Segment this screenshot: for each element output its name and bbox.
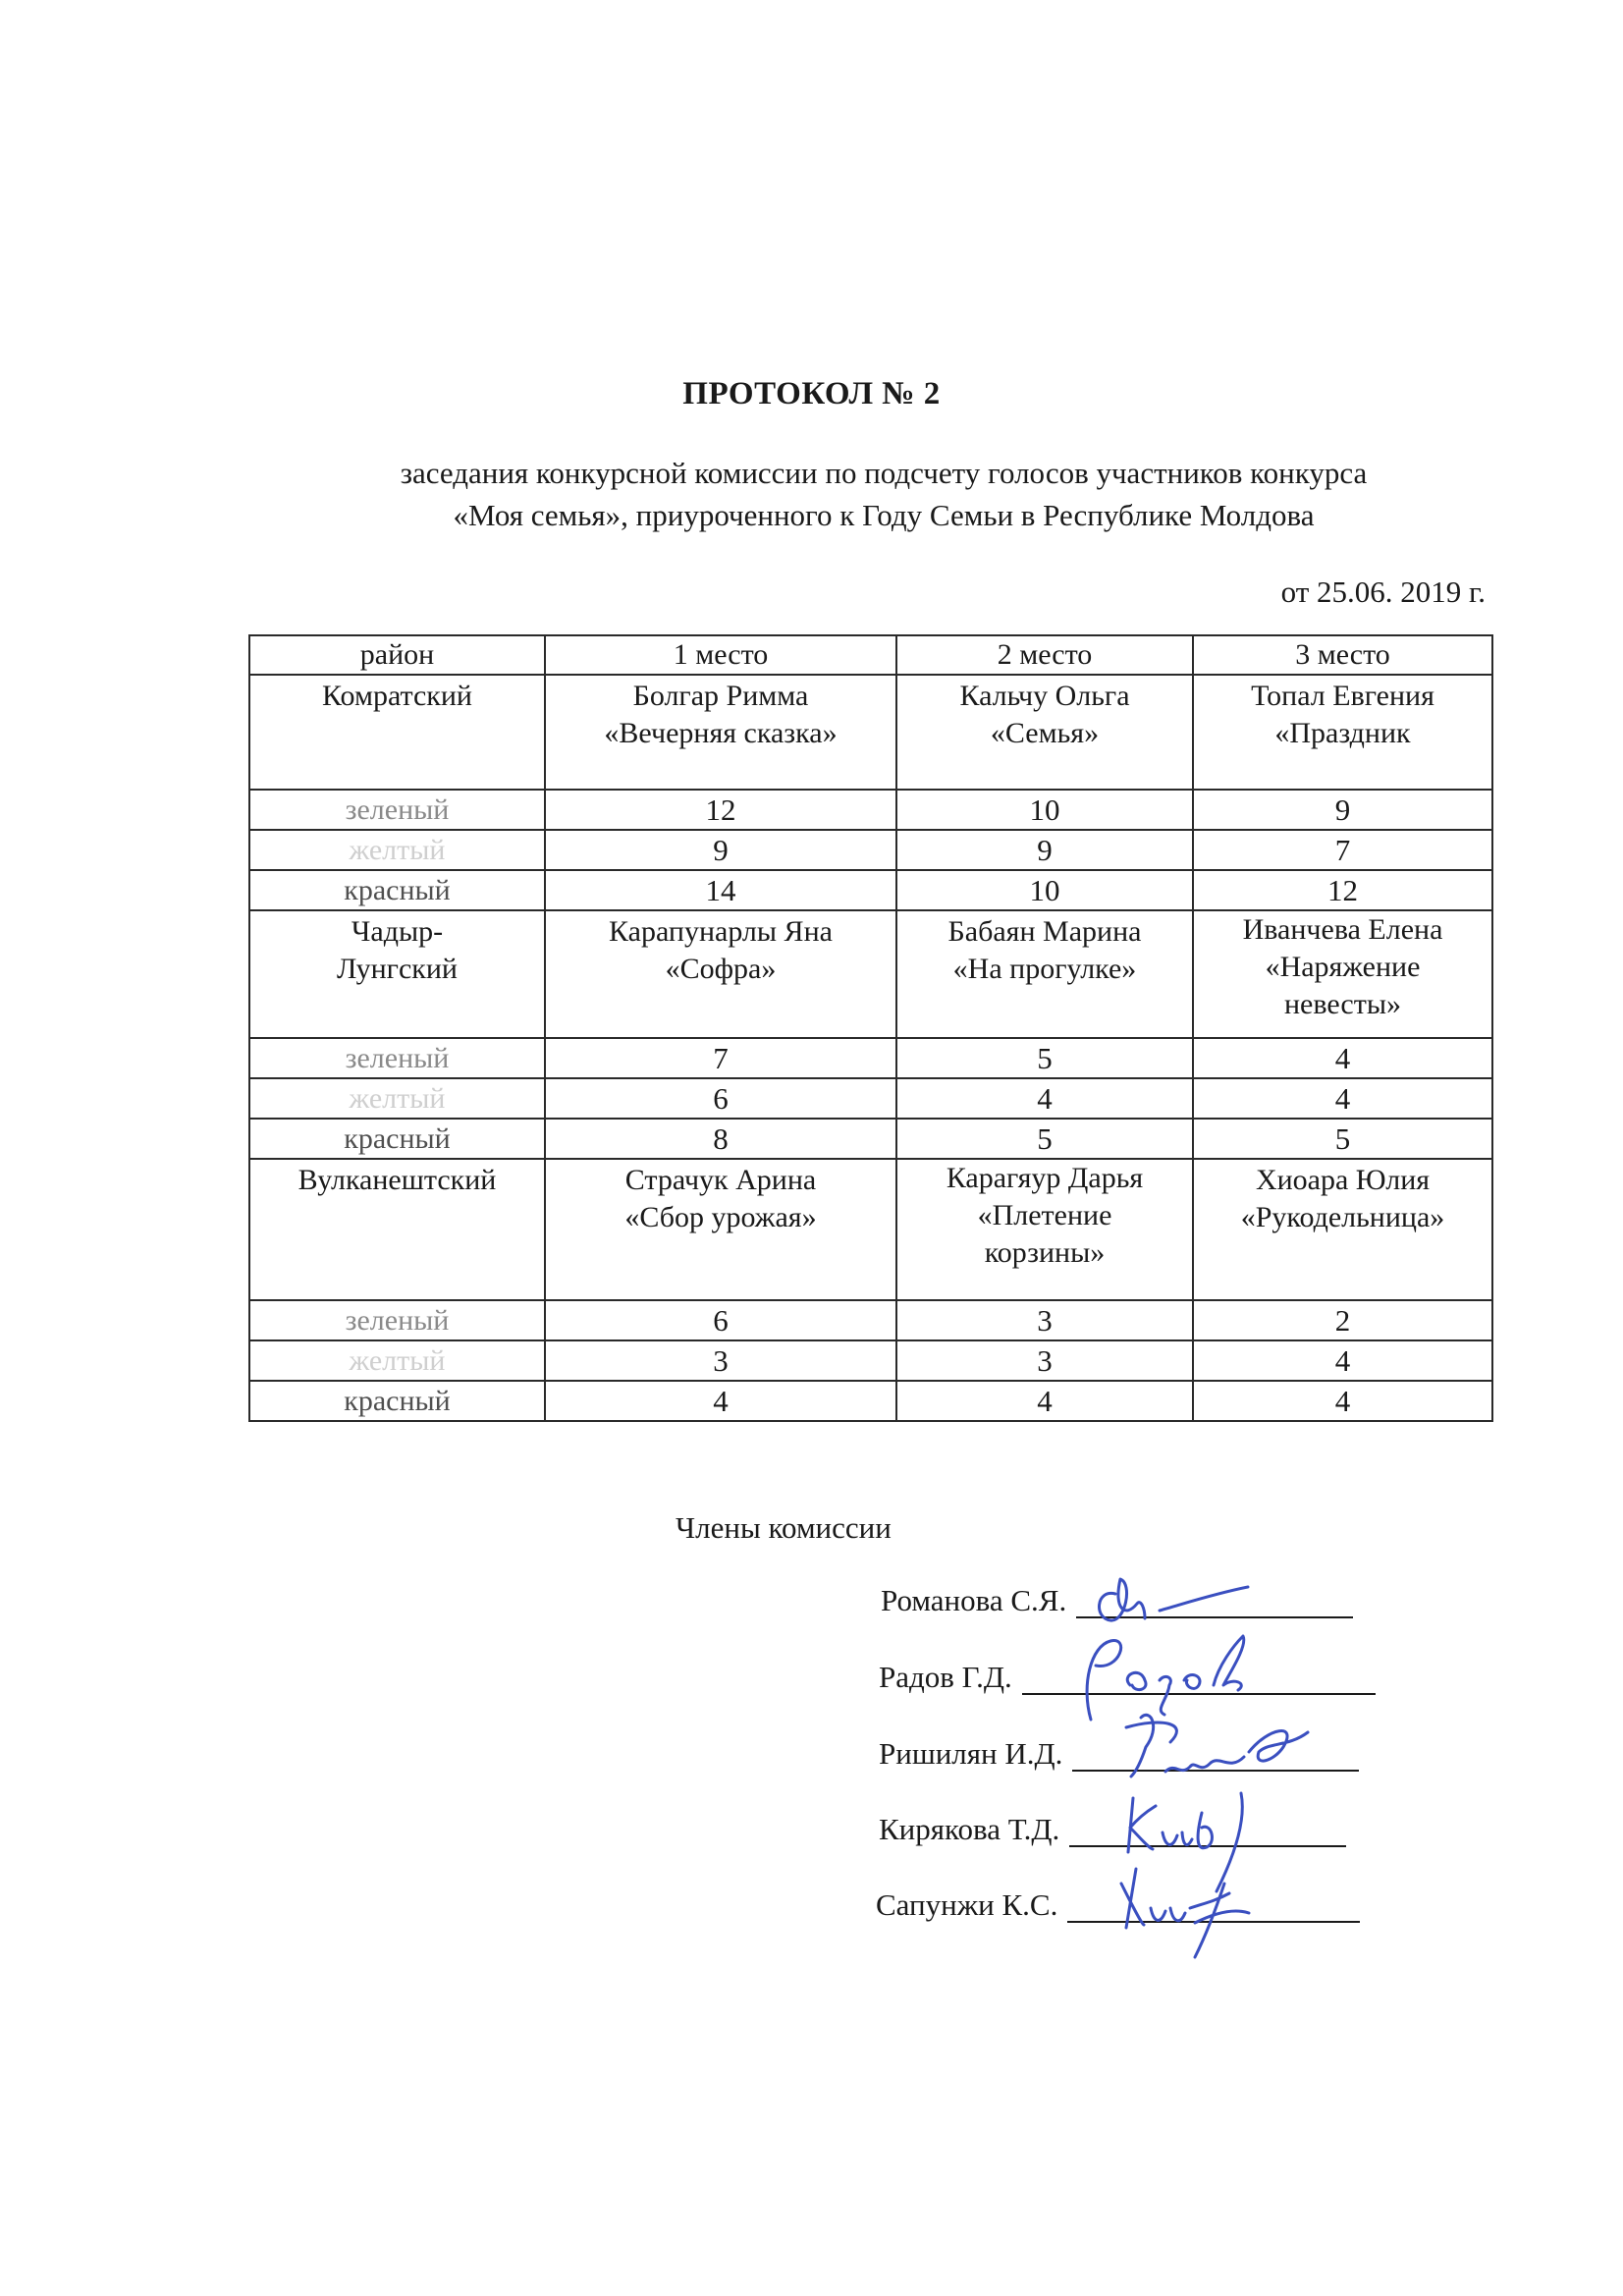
vote-count: 9 [1193, 790, 1492, 830]
votes-row-green: зеленый 7 5 4 [249, 1038, 1492, 1078]
vote-count: 12 [1193, 870, 1492, 910]
vote-count: 2 [1193, 1300, 1492, 1340]
vote-label-yellow: желтый [249, 1078, 545, 1119]
votes-row-green: зеленый 12 10 9 [249, 790, 1492, 830]
district-row: Вулканештский Страчук Арина «Сбор урожая… [249, 1159, 1492, 1300]
vote-count: 7 [1193, 830, 1492, 870]
participant-name: Топал Евгения [1198, 678, 1488, 715]
signature-line [1076, 1589, 1353, 1618]
vote-count: 8 [545, 1119, 896, 1159]
district-name-line-1: Чадыр- [254, 913, 540, 951]
commission-member: Сапунжи К.С. [876, 1887, 1360, 1923]
votes-table: район 1 место 2 место 3 место Комратский… [248, 634, 1493, 1422]
district-row: Чадыр- Лунгский Карапунарлы Яна «Софра» … [249, 910, 1492, 1038]
vote-count: 10 [896, 790, 1193, 830]
participant-name: Кальчу Ольга [901, 678, 1188, 715]
participant-cell: Бабаян Марина «На прогулке» [896, 910, 1193, 1038]
vote-label-red: красный [249, 1381, 545, 1421]
document-subtitle: заседания конкурсной комиссии по подсчет… [245, 452, 1522, 536]
vote-count: 3 [545, 1340, 896, 1381]
participant-cell: Карагяур Дарья «Плетение корзины» [896, 1159, 1193, 1300]
district-name-line-2: Лунгский [254, 951, 540, 988]
participant-work: «Наряжение невесты» [1212, 949, 1474, 1023]
district-row: Комратский Болгар Римма «Вечерняя сказка… [249, 675, 1492, 790]
vote-count: 6 [545, 1078, 896, 1119]
header-place-3: 3 место [1193, 635, 1492, 675]
participant-name: Страчук Арина [550, 1162, 892, 1199]
vote-count: 6 [545, 1300, 896, 1340]
participant-cell: Иванчева Елена «Наряжение невесты» [1193, 910, 1492, 1038]
signature-icon [1067, 1854, 1360, 1942]
participant-name: Карапунарлы Яна [550, 913, 892, 951]
vote-count: 9 [896, 830, 1193, 870]
participant-cell: Кальчу Ольга «Семья» [896, 675, 1193, 790]
vote-count: 14 [545, 870, 896, 910]
participant-cell: Топал Евгения «Праздник [1193, 675, 1492, 790]
vote-count: 4 [1193, 1340, 1492, 1381]
signature-line [1072, 1742, 1359, 1772]
participant-work: «Рукодельница» [1198, 1199, 1488, 1236]
votes-row-yellow: желтый 6 4 4 [249, 1078, 1492, 1119]
header-district: район [249, 635, 545, 675]
member-name: Романова С.Я. [881, 1583, 1066, 1618]
signature-line [1022, 1666, 1376, 1695]
vote-label-yellow: желтый [249, 1340, 545, 1381]
commission-title: Члены комиссии [676, 1510, 892, 1546]
district-name: Чадыр- Лунгский [249, 910, 545, 1038]
vote-count: 5 [896, 1119, 1193, 1159]
member-name: Кирякова Т.Д. [879, 1812, 1059, 1847]
participant-name: Хиоара Юлия [1198, 1162, 1488, 1199]
vote-label-red: красный [249, 870, 545, 910]
vote-count: 10 [896, 870, 1193, 910]
vote-label-green: зеленый [249, 1038, 545, 1078]
header-place-2: 2 место [896, 635, 1193, 675]
vote-count: 4 [545, 1381, 896, 1421]
participant-work: «Плетение корзины» [927, 1197, 1163, 1272]
member-name: Сапунжи К.С. [876, 1887, 1057, 1923]
participant-work: «Вечерняя сказка» [550, 715, 892, 752]
votes-row-yellow: желтый 9 9 7 [249, 830, 1492, 870]
document-date: от 25.06. 2019 г. [1281, 574, 1486, 610]
vote-count: 4 [1193, 1381, 1492, 1421]
district-name: Вулканештский [249, 1159, 545, 1300]
vote-count: 3 [896, 1300, 1193, 1340]
vote-count: 4 [1193, 1038, 1492, 1078]
participant-name: Карагяур Дарья [927, 1160, 1163, 1197]
vote-label-green: зеленый [249, 1300, 545, 1340]
district-name: Комратский [249, 675, 545, 790]
votes-row-green: зеленый 6 3 2 [249, 1300, 1492, 1340]
participant-work: «Семья» [901, 715, 1188, 752]
signature-icon [1076, 1550, 1353, 1638]
header-place-1: 1 место [545, 635, 896, 675]
vote-count: 9 [545, 830, 896, 870]
subtitle-line-2: «Моя семья», приуроченного к Году Семьи … [245, 494, 1522, 536]
signature-line [1067, 1893, 1360, 1923]
participant-work: «На прогулке» [901, 951, 1188, 988]
vote-count: 4 [896, 1078, 1193, 1119]
vote-label-yellow: желтый [249, 830, 545, 870]
votes-row-red: красный 8 5 5 [249, 1119, 1492, 1159]
commission-member: Кирякова Т.Д. [879, 1812, 1346, 1847]
commission-member: Романова С.Я. [881, 1583, 1353, 1618]
votes-row-red: красный 14 10 12 [249, 870, 1492, 910]
vote-label-green: зеленый [249, 790, 545, 830]
participant-cell: Страчук Арина «Сбор урожая» [545, 1159, 896, 1300]
votes-row-red: красный 4 4 4 [249, 1381, 1492, 1421]
participant-cell: Карапунарлы Яна «Софра» [545, 910, 896, 1038]
vote-label-red: красный [249, 1119, 545, 1159]
table-header-row: район 1 место 2 место 3 место [249, 635, 1492, 675]
commission-member: Радов Г.Д. [879, 1660, 1376, 1695]
vote-count: 7 [545, 1038, 896, 1078]
participant-work: «Сбор урожая» [550, 1199, 892, 1236]
vote-count: 5 [1193, 1119, 1492, 1159]
vote-count: 4 [896, 1381, 1193, 1421]
commission-member: Ришилян И.Д. [879, 1736, 1359, 1772]
subtitle-line-1: заседания конкурсной комиссии по подсчет… [245, 452, 1522, 494]
member-name: Радов Г.Д. [879, 1660, 1012, 1695]
member-name: Ришилян И.Д. [879, 1736, 1062, 1772]
vote-count: 3 [896, 1340, 1193, 1381]
participant-cell: Болгар Римма «Вечерняя сказка» [545, 675, 896, 790]
vote-count: 5 [896, 1038, 1193, 1078]
participant-work: «Праздник [1198, 715, 1488, 752]
signature-icon [1022, 1626, 1376, 1715]
document-title: ПРОТОКОЛ № 2 [0, 376, 1623, 412]
participant-name: Бабаян Марина [901, 913, 1188, 951]
participant-work: «Софра» [550, 951, 892, 988]
vote-count: 4 [1193, 1078, 1492, 1119]
participant-name: Болгар Римма [550, 678, 892, 715]
vote-count: 12 [545, 790, 896, 830]
signature-line [1069, 1818, 1346, 1847]
participant-cell: Хиоара Юлия «Рукодельница» [1193, 1159, 1492, 1300]
participant-name: Иванчева Елена [1212, 911, 1474, 949]
votes-row-yellow: желтый 3 3 4 [249, 1340, 1492, 1381]
